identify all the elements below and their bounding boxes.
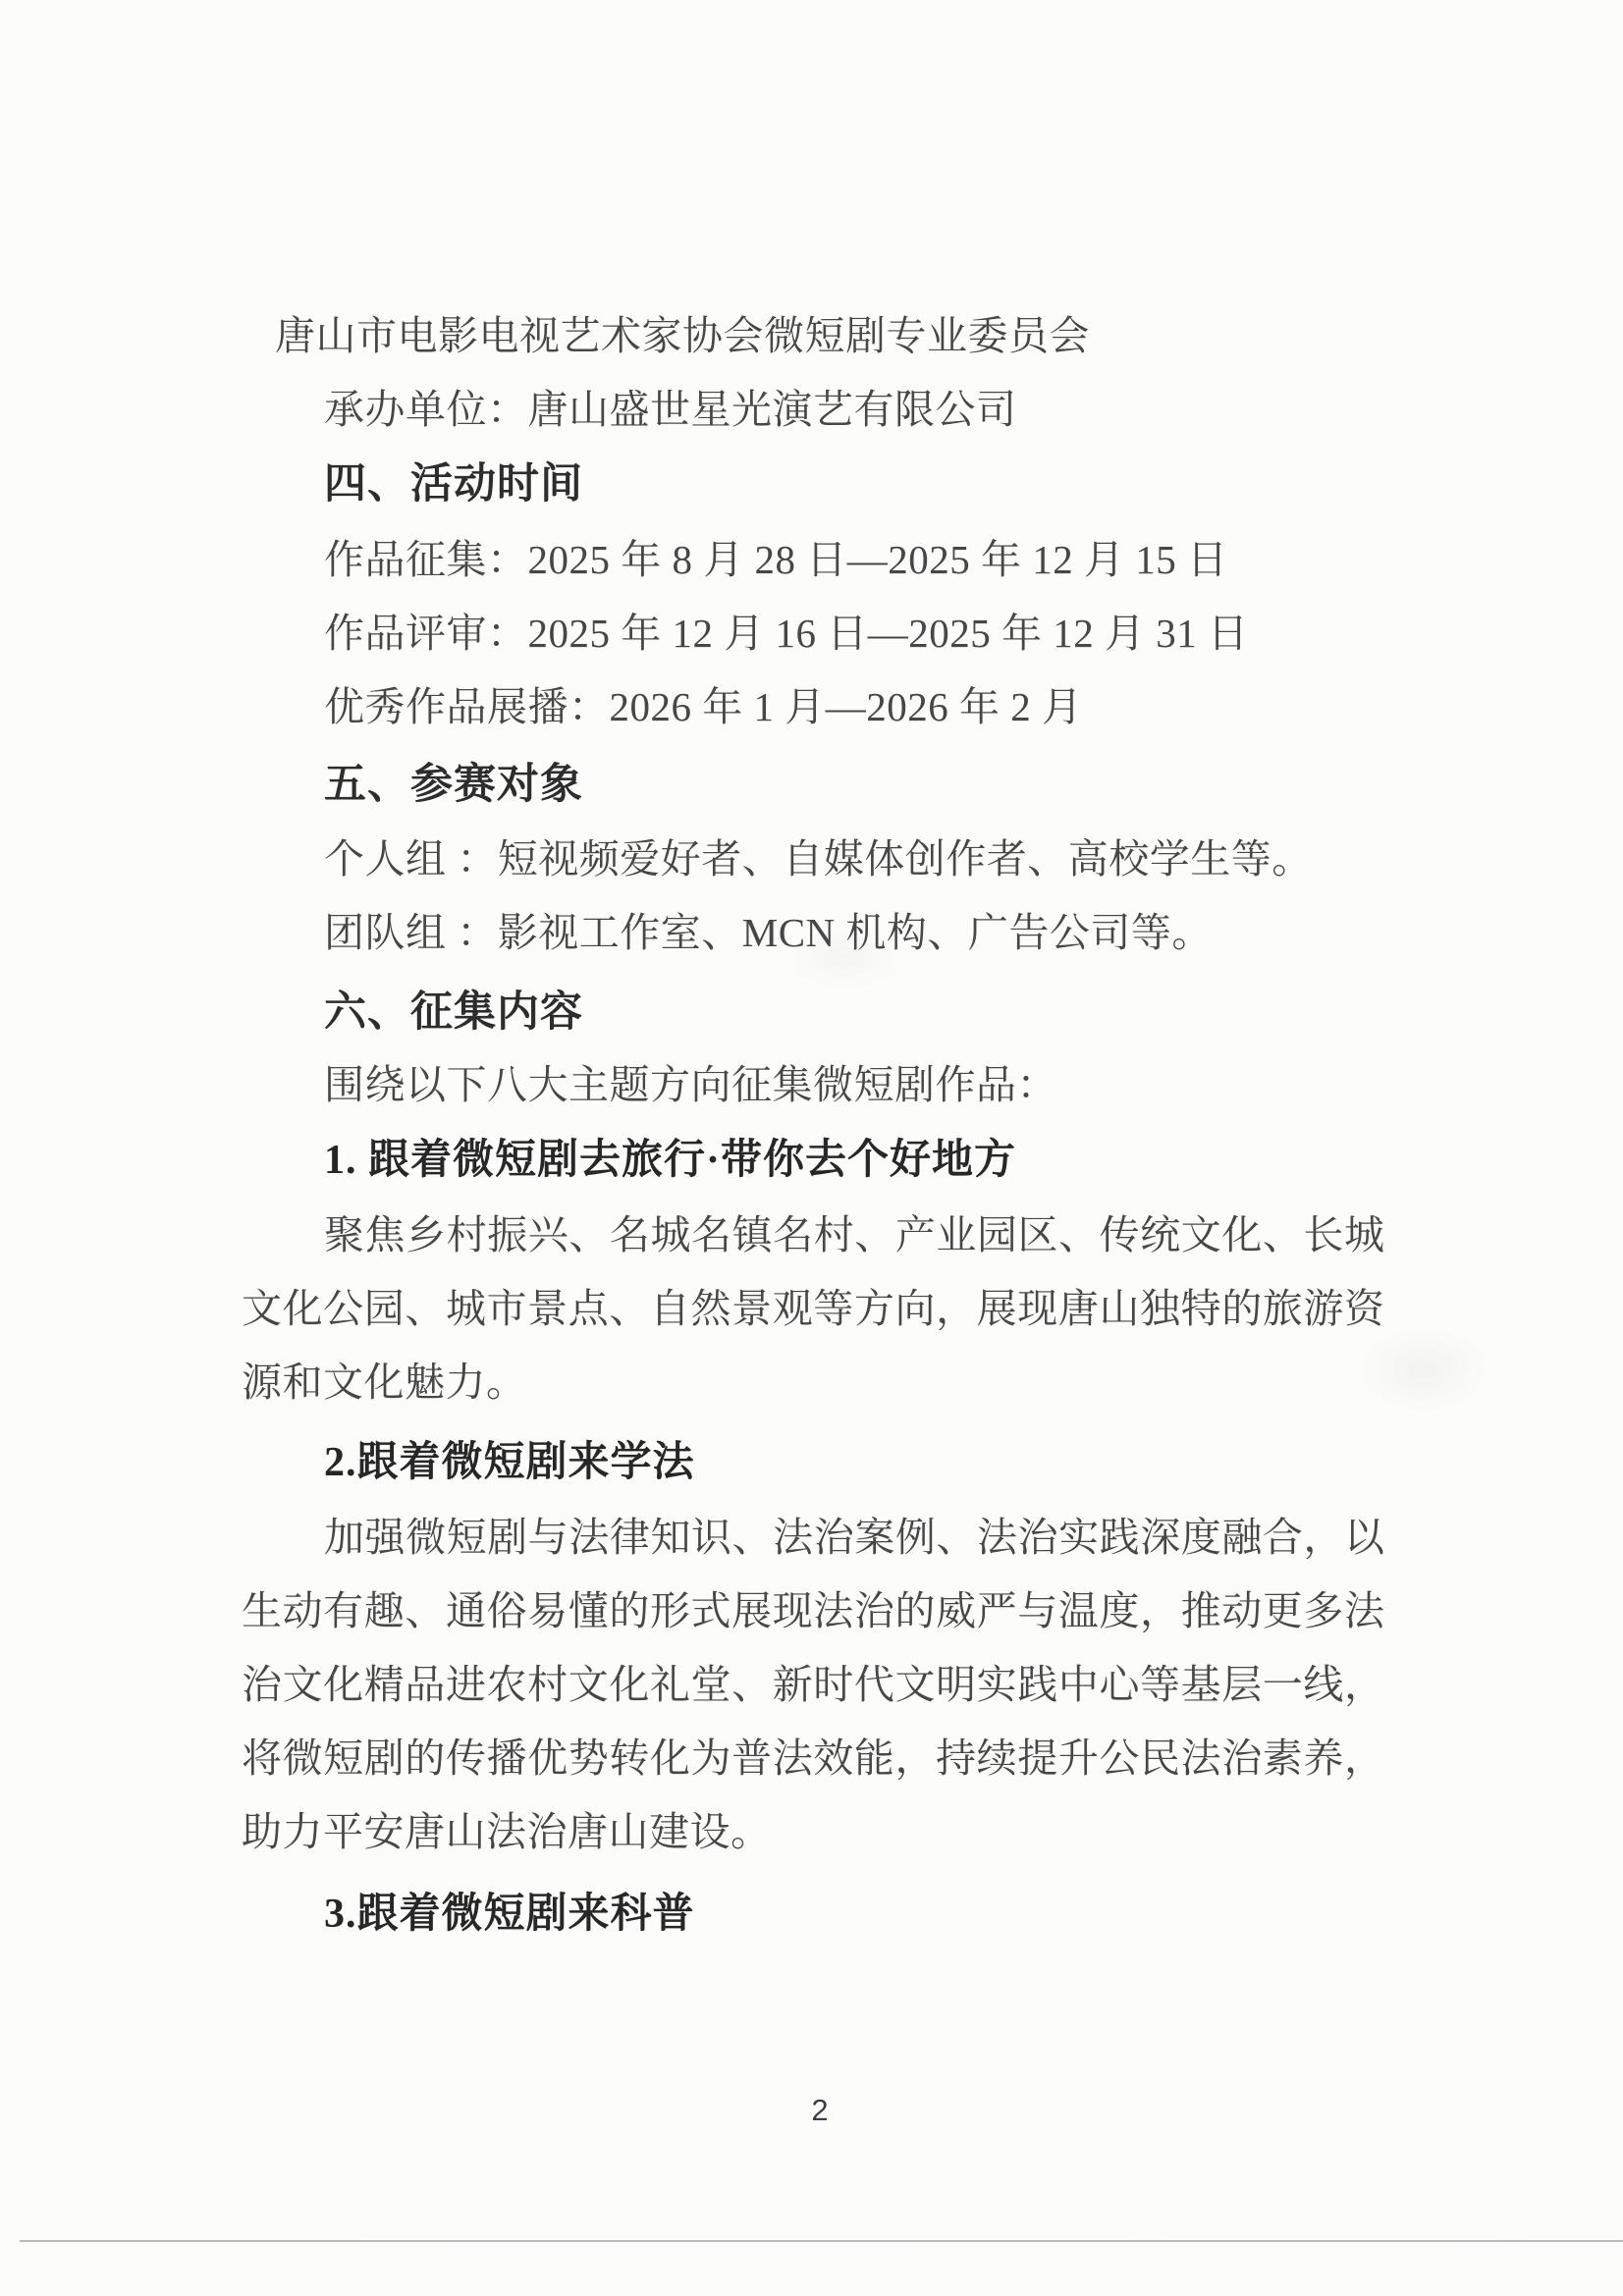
themes-intro-line: 围绕以下八大主题方向征集微短剧作品： [324,1061,1057,1109]
theme-1-heading: 1. 跟着微短剧去旅行·带你去个好地方 [324,1136,1016,1185]
theme-2-paragraph-line: 助力平安唐山法治唐山建设。 [242,1808,772,1856]
collection-period-line: 作品征集：2025 年 8 月 28 日—2025 年 12 月 15 日 [324,536,1228,584]
theme-2-paragraph-line: 加强微短剧与法律知识、法治案例、法治实践深度融合，以 [324,1514,1384,1562]
theme-2-paragraph-line: 治文化精品进农村文化礼堂、新时代文明实践中心等基层一线， [242,1661,1384,1709]
theme-1-paragraph-line: 源和文化魅力。 [242,1359,527,1407]
theme-1-paragraph-line: 聚焦乡村振兴、名城名镇名村、产业园区、传统文化、长城 [324,1211,1384,1259]
theme-2-heading: 2.跟着微短剧来学法 [324,1438,695,1487]
footer-divider [20,2240,1623,2242]
section-heading-collection-content: 六、征集内容 [324,988,583,1039]
undertaker-unit-line: 承办单位：唐山盛世星光演艺有限公司 [324,386,1017,434]
review-period-line: 作品评审：2025 年 12 月 16 日—2025 年 12 月 31 日 [324,610,1249,658]
section-heading-activity-time: 四、活动时间 [324,459,583,510]
organizer-continuation-line: 唐山市电影电视艺术家协会微短剧专业委员会 [275,312,1090,360]
theme-2-paragraph-line: 生动有趣、通俗易懂的形式展现法治的威严与温度，推动更多法 [242,1587,1384,1635]
scanned-document-page: 唐山市电影电视艺术家协会微短剧专业委员会 承办单位：唐山盛世星光演艺有限公司 四… [0,0,1623,2296]
scan-smudge [1355,1325,1492,1414]
theme-1-paragraph-line: 文化公园、城市景点、自然景观等方向，展现唐山独特的旅游资 [242,1285,1384,1333]
individual-group-line: 个人组 ：短视频爱好者、自媒体创作者、高校学生等。 [324,835,1313,883]
section-heading-participants: 五、参赛对象 [324,760,583,811]
team-group-line: 团队组 ：影视工作室、MCN 机构、广告公司等。 [324,909,1213,957]
showcase-period-line: 优秀作品展播：2026 年 1 月—2026 年 2 月 [324,683,1083,731]
theme-2-paragraph-line: 将微短剧的传播优势转化为普法效能，持续提升公民法治素养， [242,1735,1384,1783]
page-number: 2 [0,2093,1623,2128]
theme-3-heading: 3.跟着微短剧来科普 [324,1890,695,1939]
